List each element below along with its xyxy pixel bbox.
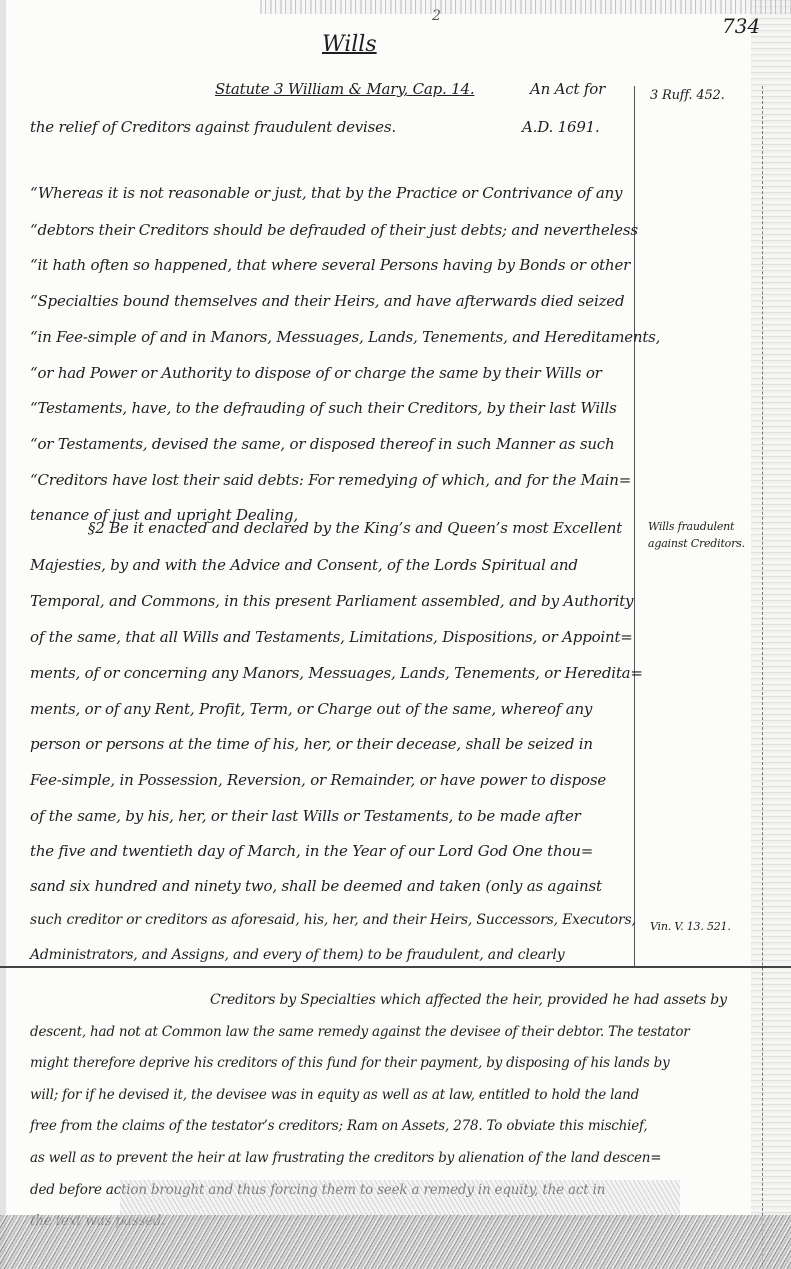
margin-note-citation: 3 Ruff. 452. bbox=[650, 88, 725, 103]
section-line: such creditor or creditors as aforesaid,… bbox=[30, 912, 636, 928]
statute-subtitle: the relief of Creditors against fraudule… bbox=[30, 118, 396, 136]
footnote-line: as well as to prevent the heir at law fr… bbox=[30, 1150, 661, 1166]
section-line: person or persons at the time of his, he… bbox=[30, 735, 593, 753]
preamble-line: “Whereas it is not reasonable or just, t… bbox=[30, 184, 622, 202]
section-line: §2 Be it enacted and declared by the Kin… bbox=[88, 519, 622, 537]
folio-mark: 2 bbox=[432, 8, 441, 24]
margin-rule-left bbox=[634, 86, 635, 966]
section-line: the five and twentieth day of March, in … bbox=[30, 842, 593, 860]
margin-rule-right bbox=[762, 86, 763, 1266]
section-line: of the same, that all Wills and Testamen… bbox=[30, 628, 633, 646]
preamble-line: “debtors their Creditors should be defra… bbox=[30, 221, 638, 239]
section-line: sand six hundred and ninety two, shall b… bbox=[30, 877, 602, 895]
section-line: Administrators, and Assigns, and every o… bbox=[30, 947, 564, 963]
preamble-line: “or Testaments, devised the same, or dis… bbox=[30, 435, 614, 453]
preamble-line: “or had Power or Authority to dispose of… bbox=[30, 364, 602, 382]
scan-bottom-shadow bbox=[0, 1215, 791, 1269]
margin-note-vin: Vin. V. 13. 521. bbox=[650, 920, 731, 933]
section-line: Fee-simple, in Possession, Reversion, or… bbox=[30, 771, 606, 789]
section-line: ments, or of any Rent, Profit, Term, or … bbox=[30, 700, 592, 718]
footnote-line: will; for if he devised it, the devisee … bbox=[30, 1087, 639, 1103]
preamble-line: “it hath often so happened, that where s… bbox=[30, 256, 630, 274]
section-line: of the same, by his, her, or their last … bbox=[30, 807, 581, 825]
scan-smudge bbox=[120, 1180, 680, 1220]
preamble-line: “Creditors have lost their said debts: F… bbox=[30, 471, 631, 489]
margin-note-wills-fraudulent: Wills fraudulent against Creditors. bbox=[648, 518, 748, 552]
section-line: Temporal, and Commons, in this present P… bbox=[30, 592, 633, 610]
footnote-line: free from the claims of the testator’s c… bbox=[30, 1118, 647, 1134]
scan-left-edge bbox=[0, 0, 6, 1269]
section-line: ments, of or concerning any Manors, Mess… bbox=[30, 664, 643, 682]
footnote-line: might therefore deprive his creditors of… bbox=[30, 1055, 670, 1071]
page-title: Wills bbox=[322, 32, 377, 57]
statute-heading: Statute 3 William & Mary, Cap. 14. bbox=[215, 80, 474, 98]
page-number: 734 bbox=[722, 14, 760, 38]
statute-heading-cont: An Act for bbox=[530, 80, 605, 98]
scan-right-edge bbox=[751, 0, 791, 1269]
section-line: Majesties, by and with the Advice and Co… bbox=[30, 556, 578, 574]
scan-top-noise bbox=[260, 0, 791, 14]
footnote-divider bbox=[0, 966, 791, 968]
footnote-line: Creditors by Specialties which affected … bbox=[210, 992, 727, 1008]
footnote-line: descent, had not at Common law the same … bbox=[30, 1024, 690, 1040]
preamble-line: “in Fee-simple of and in Manors, Messuag… bbox=[30, 328, 660, 346]
preamble-line: “Testaments, have, to the defrauding of … bbox=[30, 399, 617, 417]
preamble-line: “Specialties bound themselves and their … bbox=[30, 292, 624, 310]
statute-year: A.D. 1691. bbox=[522, 118, 600, 136]
manuscript-page: 2 734 Wills Statute 3 William & Mary, Ca… bbox=[0, 0, 791, 1269]
